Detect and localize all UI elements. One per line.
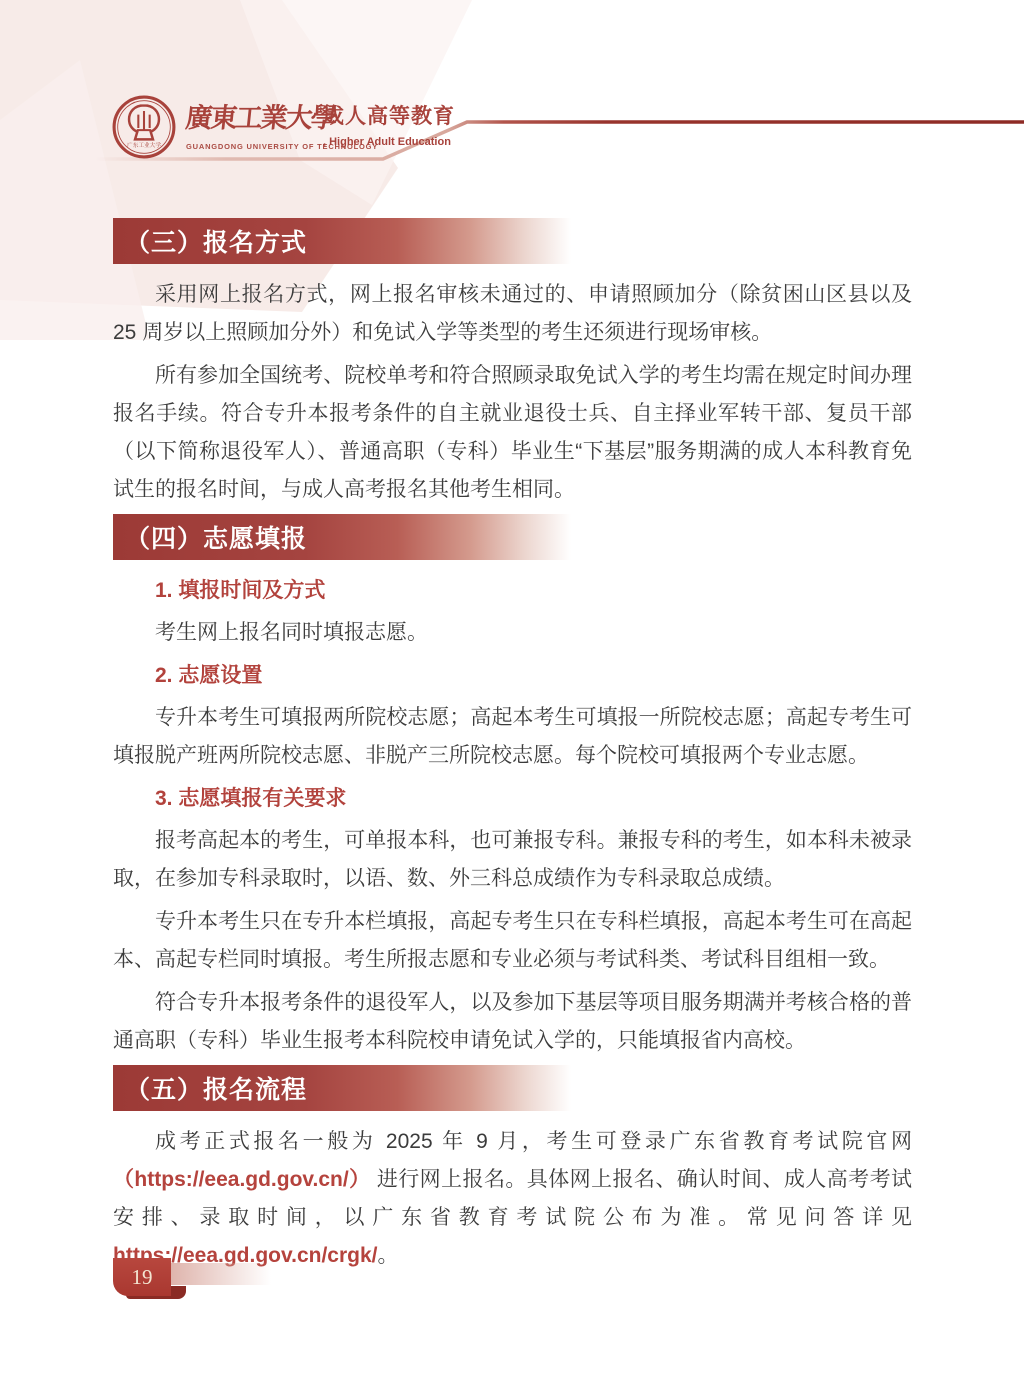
paragraph-with-links: 成考正式报名一般为 2025 年 9 月，考生可登录广东省教育考试院官网（htt… [113,1123,912,1275]
section-heading-4: （四）志愿填报 [113,514,571,560]
document-page: 广东工业大学 廣東工業大學 GUANGDONG UNIVERSITY OF TE… [0,0,1024,1379]
page-header: 广东工业大学 廣東工業大學 GUANGDONG UNIVERSITY OF TE… [0,0,1024,200]
document-content: （三）报名方式 采用网上报名方式，网上报名审核未通过的、申请照顾加分（除贫困山区… [113,218,912,1280]
link-eea-gd-gov-cn[interactable]: （https://eea.gd.gov.cn/） [113,1168,371,1191]
subsection-heading-2: 2. 志愿设置 [113,657,912,695]
subsection-heading-3: 3. 志愿填报有关要求 [113,780,912,818]
paragraph: 专升本考生只在专升本栏填报，高起专考生只在专科栏填报，高起本考生可在高起本、高起… [113,903,912,979]
subsection-heading-1: 1. 填报时间及方式 [113,572,912,610]
page-number-badge: 19 [113,1258,171,1296]
seal-text: 广东工业大学 [127,141,161,149]
university-name-zh: 廣東工業大學 [184,96,338,135]
program-name-zh: 成人高等教育 [323,100,455,130]
section-heading-5: （五）报名流程 [113,1065,571,1111]
program-wordmark: 成人高等教育 , Higher Adult Education [323,100,455,148]
section-heading-3: （三）报名方式 [113,218,571,264]
paragraph: 采用网上报名方式，网上报名审核未通过的、申请照顾加分（除贫困山区县以及 25 周… [113,276,912,352]
text-segment: 成考正式报名一般为 2025 年 9 月，考生可登录广东省教育考试院官网 [155,1130,912,1153]
section-registration-method: （三）报名方式 采用网上报名方式，网上报名审核未通过的、申请照顾加分（除贫困山区… [113,218,912,509]
paragraph: 专升本考生可填报两所院校志愿；高起本考生可填报一所院校志愿；高起专考生可填报脱产… [113,699,912,775]
page-badge-tail [171,1263,271,1285]
section-preference-filling: （四）志愿填报 1. 填报时间及方式 考生网上报名同时填报志愿。 2. 志愿设置… [113,514,912,1060]
university-name-en: GUANGDONG UNIVERSITY OF TECHNOLOGY [186,142,336,151]
paragraph: 符合专升本报考条件的退役军人，以及参加下基层等项目服务期满并考核合格的普通高职（… [113,984,912,1060]
program-name-en: , Higher Adult Education [323,136,455,148]
section-registration-process: （五）报名流程 成考正式报名一般为 2025 年 9 月，考生可登录广东省教育考… [113,1065,912,1275]
paragraph: 报考高起本的考生，可单报本科，也可兼报专科。兼报专科的考生，如本科未被录取，在参… [113,822,912,898]
university-seal-logo: 广东工业大学 [111,94,177,160]
paragraph: 所有参加全国统考、院校单考和符合照顾录取免试入学的考生均需在规定时间办理报名手续… [113,357,912,509]
paragraph: 考生网上报名同时填报志愿。 [113,614,912,652]
text-segment: 。 [378,1244,399,1267]
university-wordmark: 廣東工業大學 GUANGDONG UNIVERSITY OF TECHNOLOG… [186,96,336,151]
